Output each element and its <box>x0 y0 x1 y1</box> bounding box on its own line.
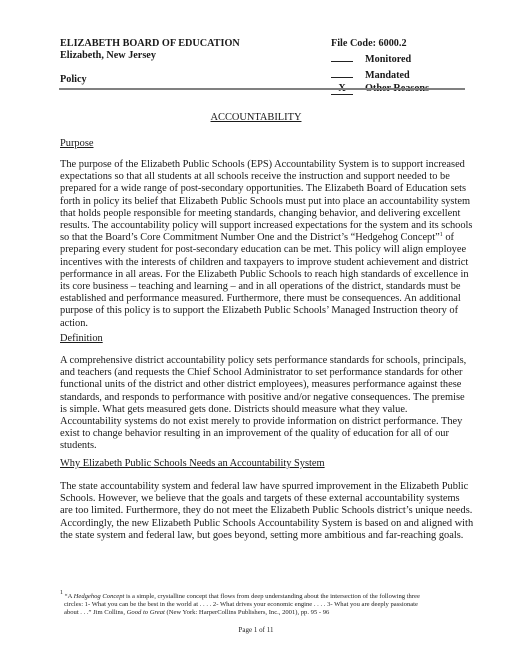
text-line: expectations so that all students at all… <box>60 171 472 183</box>
paragraph-purpose: The purpose of the Elizabeth Public Scho… <box>60 159 472 330</box>
text-line: so that the Board’s Core Commitment Numb… <box>60 232 472 244</box>
text-line: preparing every student for post-seconda… <box>60 244 472 256</box>
section-heading-definition: Definition <box>60 333 103 344</box>
italic-term: Hedgehog Concept <box>74 593 125 600</box>
header-divider <box>59 88 465 90</box>
text-line: performance in all areas. For the Elizab… <box>60 269 472 281</box>
check-label: Monitored <box>365 54 411 66</box>
paragraph-why: The state accountability system and fede… <box>60 481 472 542</box>
text-line: students. <box>60 440 472 452</box>
text-fragment: is a simple, crystalline concept that fl… <box>124 593 420 600</box>
footnote-line: about . . .” Jim Collins, Good to Great … <box>60 609 460 617</box>
text-line: standards, and responds to performance w… <box>60 392 472 404</box>
text-line: that holds people responsible for meetin… <box>60 208 472 220</box>
text-line: exist to change behavior resulting in an… <box>60 428 472 440</box>
text-line: The purpose of the Elizabeth Public Scho… <box>60 159 472 171</box>
text-line: incentives with the interests of childre… <box>60 257 472 269</box>
text-line: and teachers (and requests the Chief Sch… <box>60 367 472 379</box>
text-fragment: (New York: HarperCollins Publishers, Inc… <box>165 609 329 616</box>
text-line: Accountability systems do not exist mere… <box>60 416 472 428</box>
page-title: ACCOUNTABILITY <box>0 112 512 123</box>
org-name: ELIZABETH BOARD OF EDUCATION <box>60 38 240 50</box>
header-right: File Code: 6000.2 Monitored Mandated X O… <box>331 38 429 95</box>
doc-type: Policy <box>60 74 240 86</box>
page-number: Page 1 of 11 <box>0 626 512 634</box>
file-code: File Code: 6000.2 <box>331 38 429 50</box>
text-line: Accordingly, the new Elizabeth Public Sc… <box>60 518 472 530</box>
section-heading-why: Why Elizabeth Public Schools Needs an Ac… <box>60 458 325 469</box>
text-fragment: about . . .” Jim Collins, <box>64 609 127 616</box>
text-line: established and performance measured. Fu… <box>60 293 472 305</box>
text-line: action. <box>60 318 472 330</box>
book-title: Good to Great <box>127 609 165 616</box>
text-line: results. The accountability policy will … <box>60 220 472 232</box>
check-blank <box>331 66 353 78</box>
checkbox-mandated: Mandated <box>331 66 429 82</box>
text-line: Schools. However, we believe that the go… <box>60 493 472 505</box>
text-line: purpose of this policy is to support the… <box>60 305 472 317</box>
text-fragment: of <box>443 232 454 243</box>
paragraph-definition: A comprehensive district accountability … <box>60 355 472 453</box>
text-line: A comprehensive district accountability … <box>60 355 472 367</box>
footnote: 1 “A Hedgehog Concept is a simple, cryst… <box>60 593 460 618</box>
section-heading-purpose: Purpose <box>60 138 93 149</box>
check-label: Mandated <box>365 70 410 82</box>
text-fragment: “A <box>63 593 74 600</box>
text-fragment: so that the Board’s Core Commitment Numb… <box>60 232 440 243</box>
text-line: functional units of the district and oth… <box>60 379 472 391</box>
text-line: its core business – teaching and learnin… <box>60 281 472 293</box>
text-line: is simple. What gets measured gets done.… <box>60 404 472 416</box>
footnote-line: 1 “A Hedgehog Concept is a simple, cryst… <box>60 593 460 601</box>
checkbox-monitored: Monitored <box>331 50 429 66</box>
text-line: forth in policy its belief that Elizabet… <box>60 196 472 208</box>
document-page: ELIZABETH BOARD OF EDUCATION Elizabeth, … <box>0 0 512 663</box>
check-blank <box>331 50 353 62</box>
text-line: prepared for a wide range of post-second… <box>60 183 472 195</box>
text-line: the state system and federal law, but go… <box>60 530 472 542</box>
org-location: Elizabeth, New Jersey <box>60 50 240 62</box>
footnote-line: circles: 1- What you can be the best in … <box>60 601 460 609</box>
text-line: are too limited. Furthermore, they do no… <box>60 505 472 517</box>
header-left: ELIZABETH BOARD OF EDUCATION Elizabeth, … <box>60 38 240 87</box>
text-line: The state accountability system and fede… <box>60 481 472 493</box>
